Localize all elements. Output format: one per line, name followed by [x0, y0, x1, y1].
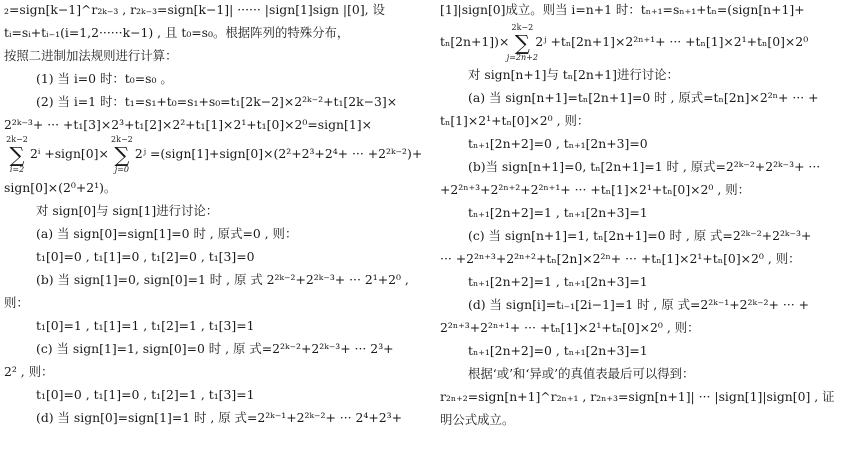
text-line: 2²ⁿ⁺³+2²ⁿ⁺¹+ ··· +tₙ[1]×2¹+tₙ[0]×2⁰ , 则： — [440, 320, 700, 336]
text-line: tₙ₊₁[2n+2]=0 , tₙ₊₁[2n+3]=1 — [440, 343, 648, 359]
text-line: (b) 当 sign[1]=0, sign[0]=1 时 , 原 式 2²ᵏ⁻²… — [4, 272, 409, 288]
text-line: 对 sign[0]与 sign[1]进行讨论： — [4, 203, 218, 219]
text-line: 2²ᵏ⁻³+ ··· +t₁[3]×2³+t₁[2]×2²+t₁[1]×2¹+t… — [4, 117, 372, 133]
text-line: (c) 当 sign[1]=1, sign[0]=0 时 , 原 式=2²ᵏ⁻²… — [4, 341, 394, 357]
text-line: tₙ₊₁[2n+2]=1 , tₙ₊₁[2n+3]=1 — [440, 274, 648, 290]
text-line: sign[0]×(2⁰+2¹)。 — [4, 180, 116, 196]
summation-symbol: 2k−2 ∑ j=0 — [111, 135, 133, 175]
summation-symbol: 2k−2 ∑ j=2n+2 — [511, 23, 533, 63]
text-line: t₁[0]=0 , t₁[1]=0 , t₁[2]=0 , t₁[3]=0 — [4, 249, 255, 265]
text-line: (d) 当 sign[0]=sign[1]=1 时 , 原 式=2²ᵏ⁻¹+2²… — [4, 410, 402, 426]
text-line: [1]|sign[0]成立。则当 i=n+1 时：tₙ₊₁=sₙ₊₁+tₙ=(s… — [440, 2, 805, 18]
summation-symbol: 2k−2 ∑ i=2 — [6, 135, 28, 175]
text-line: tₙ₊₁[2n+2]=0 , tₙ₊₁[2n+3]=0 — [440, 136, 648, 152]
text-line: (c) 当 sign[n+1]=1, tₙ[2n+1]=0 时 , 原 式=2²… — [440, 228, 811, 244]
text-line: +2²ⁿ⁺³+2²ⁿ⁺²+2²ⁿ⁺¹+ ··· +tₙ[1]×2¹+tₙ[0]×… — [440, 182, 750, 198]
text-line: t₁[0]=1 , t₁[1]=1 , t₁[2]=1 , t₁[3]=1 — [4, 318, 255, 334]
text-line: 明公式成立。 — [440, 412, 514, 428]
text-line: 则： — [4, 295, 29, 311]
text-line: 对 sign[n+1]与 tₙ[2n+1]进行讨论： — [440, 67, 679, 83]
text-line: (a) 当 sign[0]=sign[1]=0 时 , 原式=0 , 则： — [4, 226, 297, 242]
text-line: r₂ₙ₊₂=sign[n+1]^r₂ₙ₊₁ , r₂ₙ₊₃=sign[n+1]|… — [440, 389, 835, 405]
text-line: tₙ₊₁[2n+2]=1 , tₙ₊₁[2n+3]=1 — [440, 205, 648, 221]
text-line: (1) 当 i=0 时：t₀=s₀ 。 — [4, 71, 173, 87]
text-line: (a) 当 sign[n+1]=tₙ[2n+1]=0 时 , 原式=tₙ[2n]… — [440, 90, 818, 106]
text-line: t₁[0]=0 , t₁[1]=0 , t₁[2]=1 , t₁[3]=1 — [4, 387, 255, 403]
text-line: 2² , 则： — [4, 364, 53, 380]
text-line: (2) 当 i=1 时：t₁=s₁+t₀=s₁+s₀=t₁[2k−2]×2²ᵏ⁻… — [4, 94, 397, 110]
text-line: 根据‘或’和‘异或’的真值表最后可以得到： — [440, 366, 694, 382]
text-line: ₂=sign[k−1]^r₂ₖ₋₃ , r₂ₖ₋₃=sign[k−1]| ···… — [4, 2, 385, 18]
summation-line: tₙ[2n+1])× 2k−2 ∑ j=2n+2 2ʲ +tₙ[2n+1]×2²… — [440, 22, 808, 63]
text-line: ··· +2²ⁿ⁺³+2²ⁿ⁺²+tₙ[2n]×2²ⁿ+ ··· +tₙ[1]×… — [440, 251, 800, 267]
text-line: 按照二进制加法规则进行计算： — [4, 48, 177, 64]
text-line: (b)当 sign[n+1]=0, tₙ[2n+1]=1 时 , 原式=2²ᵏ⁻… — [440, 159, 820, 175]
summation-line: 2k−2 ∑ i=2 2ⁱ +sign[0]× 2k−2 ∑ j=0 2ʲ =(… — [4, 134, 422, 175]
text-line: tᵢ=sᵢ+tᵢ₋₁(i=1,2······k−1) , 且 t₀=s₀。根据阵… — [4, 25, 349, 41]
text-line: (d) 当 sign[i]=tᵢ₋₁[2i−1]=1 时 , 原 式=2²ᵏ⁻¹… — [440, 297, 809, 313]
text-line: tₙ[1]×2¹+tₙ[0]×2⁰ , 则： — [440, 113, 589, 129]
